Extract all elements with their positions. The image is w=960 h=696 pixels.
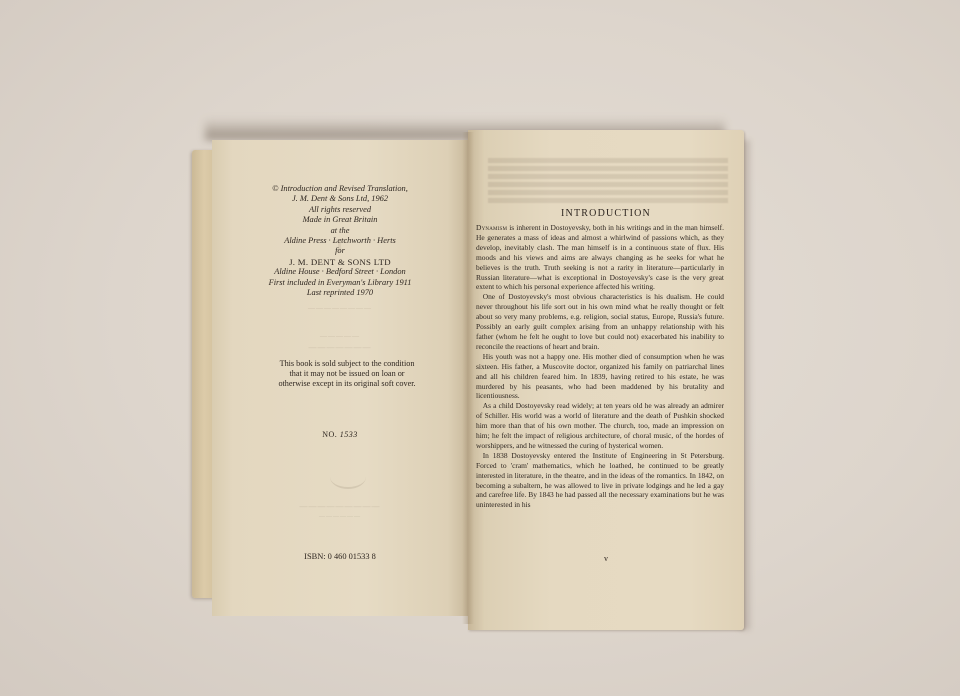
left-page: T ———————— ————— ——————— ————————— —————… — [212, 140, 468, 616]
bleed-through-line: ———————— — [212, 304, 468, 312]
paragraph: As a child Dostoyevsky read widely; at t… — [476, 401, 724, 451]
bleed-through-emblem-icon — [330, 465, 366, 489]
chapter-heading: INTRODUCTION — [468, 208, 744, 219]
paragraph: His youth was not a happy one. His mothe… — [476, 352, 724, 402]
imprint-line: Aldine Press · Letchworth · Herts — [212, 236, 468, 246]
catalog-number: NO. 1533 — [212, 430, 468, 439]
bleed-through-line: ————— — [212, 332, 468, 340]
body-text: Dynamism is inherent in Dostoyevsky, bot… — [476, 223, 724, 510]
isbn: ISBN: 0 460 01533 8 — [212, 552, 468, 561]
imprint-line: First included in Everyman's Library 191… — [212, 278, 468, 288]
publisher-name: J. M. DENT & SONS LTD — [212, 257, 468, 267]
bleed-through-line: ————————— — [212, 502, 468, 511]
bleed-through-line: —————— — [212, 514, 468, 520]
catalog-number-label: NO. — [322, 430, 337, 439]
imprint-line: for — [212, 246, 468, 256]
catalog-number-value: 1533 — [340, 430, 358, 439]
drop-lead-word: Dynamism — [476, 223, 507, 232]
imprint-line: © Introduction and Revised Translation, — [212, 184, 468, 194]
book-gutter — [462, 132, 474, 624]
imprint-line: All rights reserved — [212, 205, 468, 215]
page-number: v — [468, 554, 744, 563]
imprint-line: at the — [212, 226, 468, 236]
paragraph: One of Dostoyevsky's most obvious charac… — [476, 292, 724, 351]
paragraph: In 1838 Dostoyevsky entered the Institut… — [476, 451, 724, 510]
imprint-block: © Introduction and Revised Translation, … — [212, 184, 468, 298]
paragraph-text: is inherent in Dostoyevsky, both in his … — [476, 223, 724, 291]
imprint-line: Made in Great Britain — [212, 215, 468, 225]
right-page: INTRODUCTION Dynamism is inherent in Dos… — [468, 130, 744, 630]
imprint-line: Aldine House · Bedford Street · London — [212, 267, 468, 277]
imprint-line: J. M. Dent & Sons Ltd, 1962 — [212, 194, 468, 204]
imprint-line: Last reprinted 1970 — [212, 288, 468, 298]
bleed-through-text — [488, 158, 728, 203]
paragraph: Dynamism is inherent in Dostoyevsky, bot… — [476, 223, 724, 292]
condition-notice: This book is sold subject to the conditi… — [276, 359, 418, 388]
bleed-through-line: ——————— — [212, 343, 468, 352]
